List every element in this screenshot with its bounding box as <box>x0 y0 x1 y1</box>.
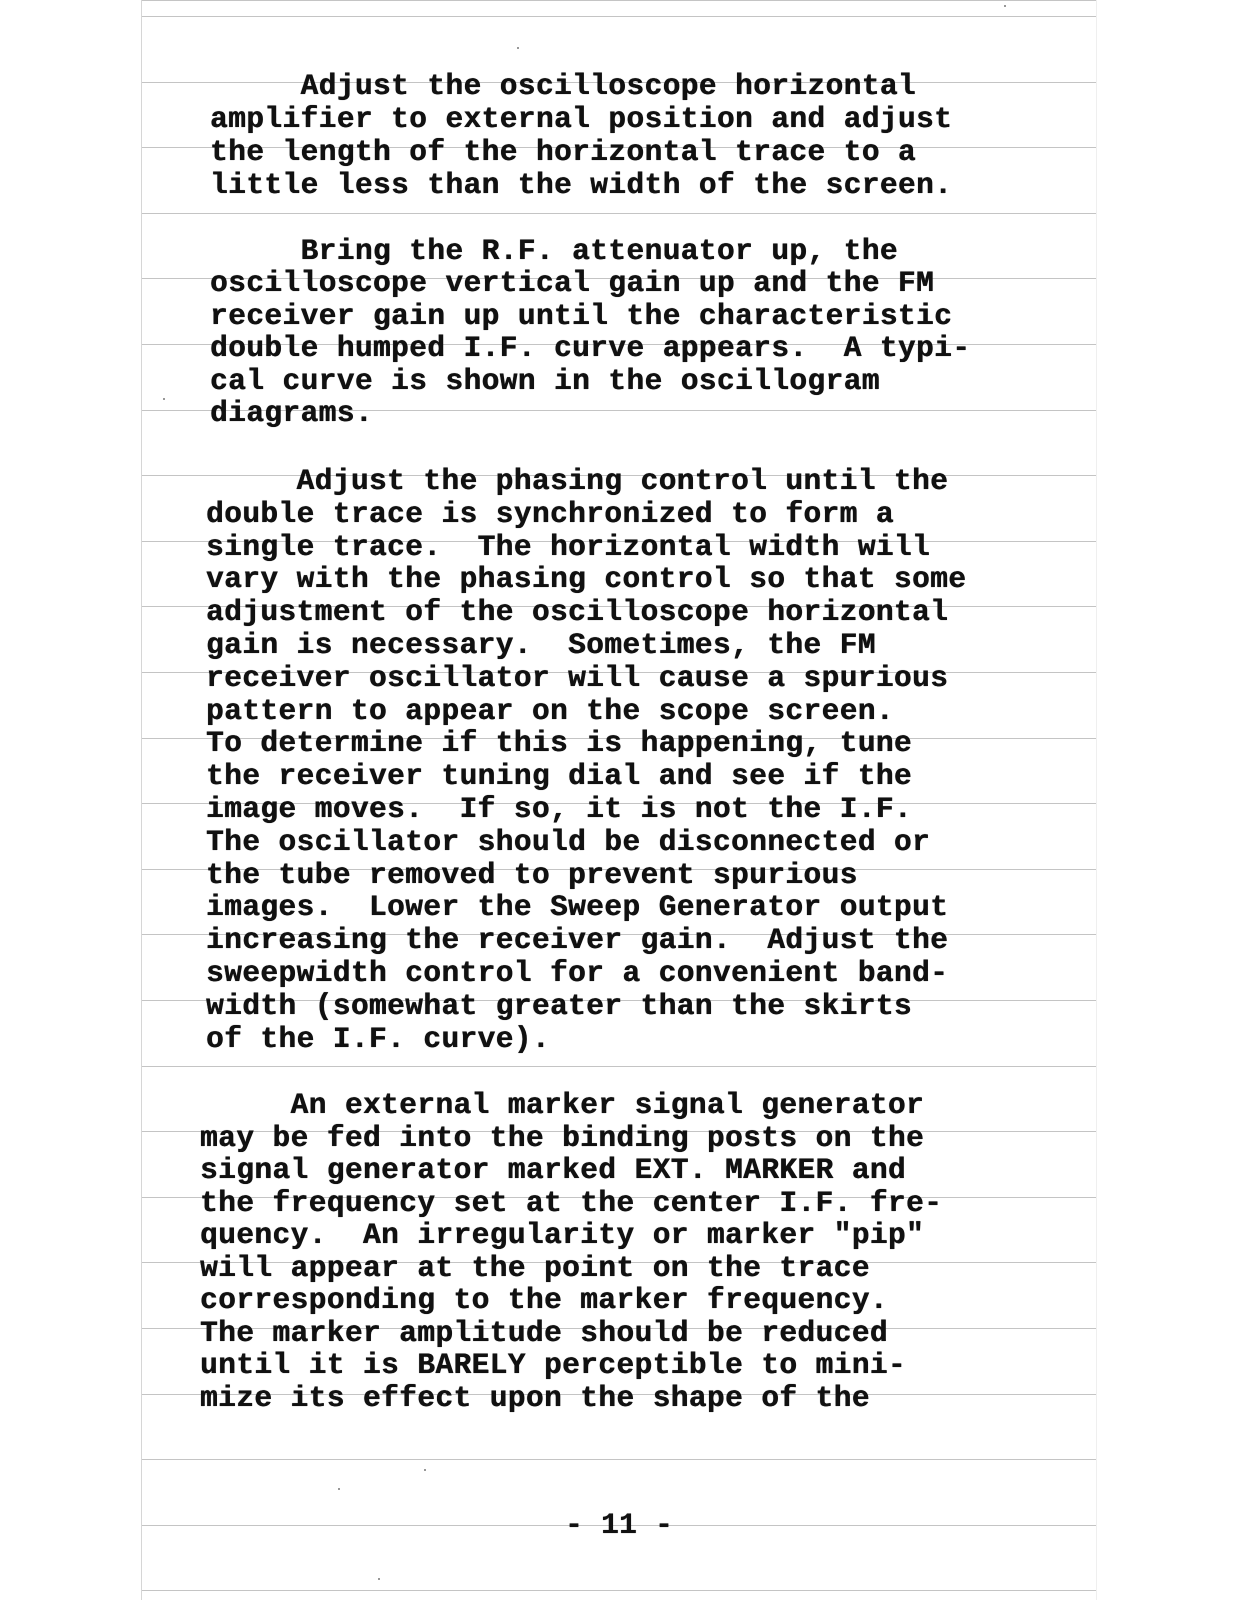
text-line: will appear at the point on the trace <box>200 1252 870 1284</box>
text-line: images. Lower the Sweep Generator output <box>206 891 948 923</box>
text-line: To determine if this is happening, tune <box>206 727 912 759</box>
text-line: adjustment of the oscilloscope horizonta… <box>206 596 948 628</box>
ruled-line <box>142 0 1096 1</box>
text-line: An external marker signal generator <box>200 1089 924 1121</box>
text-line: Adjust the oscilloscope horizontal <box>210 70 916 102</box>
text-line: gain is necessary. Sometimes, the FM <box>206 629 876 661</box>
text-line: image moves. If so, it is not the I.F. <box>206 793 912 825</box>
text-line: Bring the R.F. attenuator up, the <box>210 235 898 267</box>
text-line: sweepwidth control for a convenient band… <box>206 957 948 989</box>
page-number: - 11 - <box>142 1509 1096 1543</box>
scan-speck <box>163 398 165 400</box>
text-line: of the I.F. curve). <box>206 1023 550 1055</box>
text-line: diagrams. <box>210 397 373 429</box>
text-line: little less than the width of the screen… <box>210 169 952 201</box>
text-line: The marker amplitude should be reduced <box>200 1317 888 1349</box>
text-line: Adjust the phasing control until the <box>206 465 948 497</box>
text-line: the frequency set at the center I.F. fre… <box>200 1187 942 1219</box>
text-line: receiver gain up until the characteristi… <box>210 300 952 332</box>
text-line: increasing the receiver gain. Adjust the <box>206 924 948 956</box>
text-line: The oscillator should be disconnected or <box>206 826 930 858</box>
scan-speck <box>338 1488 340 1490</box>
ruled-line <box>142 213 1096 214</box>
text-line: single trace. The horizontal width will <box>206 531 930 563</box>
text-line: may be fed into the binding posts on the <box>200 1122 924 1154</box>
text-line: mize its effect upon the shape of the <box>200 1382 870 1414</box>
ruled-line <box>142 1459 1096 1460</box>
scan-speck <box>517 47 519 49</box>
text-line: vary with the phasing control so that so… <box>206 563 966 595</box>
text-line: amplifier to external position and adjus… <box>210 103 952 135</box>
ruled-line <box>142 1066 1096 1067</box>
text-line: receiver oscillator will cause a spuriou… <box>206 662 948 694</box>
text-line: the tube removed to prevent spurious <box>206 859 858 891</box>
text-line: corresponding to the marker frequency. <box>200 1284 888 1316</box>
scan-speck <box>378 1578 380 1580</box>
text-line: double humped I.F. curve appears. A typi… <box>210 332 970 364</box>
text-line: the receiver tuning dial and see if the <box>206 760 912 792</box>
text-line: until it is BARELY perceptible to mini- <box>200 1349 906 1381</box>
text-line: oscilloscope vertical gain up and the FM <box>210 267 934 299</box>
text-line: pattern to appear on the scope screen. <box>206 695 894 727</box>
ruled-line <box>142 1590 1096 1591</box>
text-line: cal curve is shown in the oscillogram <box>210 365 880 397</box>
scan-speck <box>424 1469 426 1471</box>
text-line: the length of the horizontal trace to a <box>210 136 916 168</box>
text-line: double trace is synchronized to form a <box>206 498 894 530</box>
scan-speck <box>1004 5 1006 7</box>
document-page: Adjust the oscilloscope horizontalamplif… <box>141 0 1097 1600</box>
text-line: quency. An irregularity or marker "pip" <box>200 1219 924 1251</box>
text-line: signal generator marked EXT. MARKER and <box>200 1154 906 1186</box>
text-line: width (somewhat greater than the skirts <box>206 990 912 1022</box>
ruled-line <box>142 16 1096 17</box>
